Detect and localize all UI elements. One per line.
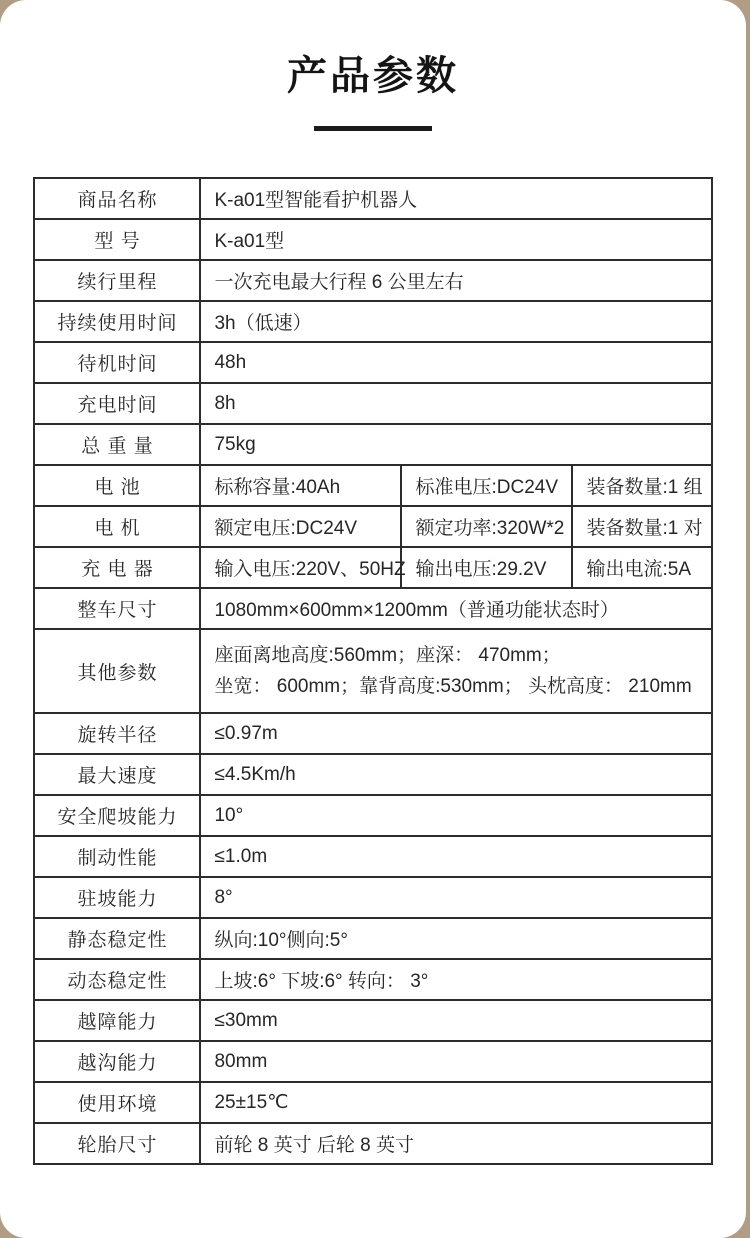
spec-row: 持续使用时间 3h（低速） xyxy=(34,301,711,342)
spec-value: K-a01型智能看护机器人 xyxy=(200,178,711,219)
spec-label: 轮胎尺寸 xyxy=(34,1123,200,1164)
spec-subvalue: 输出电压:29.2V xyxy=(401,547,572,588)
spec-value: 上坡:6° 下坡:6° 转向： 3° xyxy=(200,959,711,1000)
spec-subvalue: 标称容量:40Ah xyxy=(200,465,401,506)
spec-value: 一次充电最大行程 6 公里左右 xyxy=(200,260,711,301)
spec-value: ≤1.0m xyxy=(200,836,711,877)
spec-value: 前轮 8 英寸 后轮 8 英寸 xyxy=(200,1123,711,1164)
spec-value: ≤4.5Km/h xyxy=(200,754,711,795)
spec-row: 其他参数 座面离地高度:560mm；座深： 470mm； 坐宽： 600mm；靠… xyxy=(34,629,711,713)
spec-row: 充 电 器 输入电压:220V、50HZ 输出电压:29.2V 输出电流:5A xyxy=(34,547,711,588)
spec-row: 制动性能 ≤1.0m xyxy=(34,836,711,877)
spec-label: 动态稳定性 xyxy=(34,959,200,1000)
spec-row: 最大速度 ≤4.5Km/h xyxy=(34,754,711,795)
spec-row: 整车尺寸 1080mm×600mm×1200mm（普通功能状态时） xyxy=(34,588,711,629)
spec-label: 越障能力 xyxy=(34,1000,200,1041)
spec-row: 电 池 标称容量:40Ah 标准电压:DC24V 装备数量:1 组 xyxy=(34,465,711,506)
spec-label: 整车尺寸 xyxy=(34,588,200,629)
spec-row: 驻坡能力 8° xyxy=(34,877,711,918)
spec-label: 越沟能力 xyxy=(34,1041,200,1082)
page-title: 产品参数 xyxy=(0,44,746,101)
spec-label: 电 机 xyxy=(34,506,200,547)
spec-label: 总 重 量 xyxy=(34,424,200,465)
spec-label: 静态稳定性 xyxy=(34,918,200,959)
spec-value: 10° xyxy=(200,795,711,836)
spec-label: 电 池 xyxy=(34,465,200,506)
spec-label: 安全爬坡能力 xyxy=(34,795,200,836)
spec-value: 1080mm×600mm×1200mm（普通功能状态时） xyxy=(200,588,711,629)
spec-label: 续行里程 xyxy=(34,260,200,301)
spec-row: 越沟能力 80mm xyxy=(34,1041,711,1082)
spec-subvalue: 额定电压:DC24V xyxy=(200,506,401,547)
spec-label: 待机时间 xyxy=(34,342,200,383)
spec-value: 8h xyxy=(200,383,711,424)
spec-row: 充电时间 8h xyxy=(34,383,711,424)
spec-label: 最大速度 xyxy=(34,754,200,795)
spec-row: 型 号 K-a01型 xyxy=(34,219,711,260)
spec-label: 充电时间 xyxy=(34,383,200,424)
spec-row: 续行里程 一次充电最大行程 6 公里左右 xyxy=(34,260,711,301)
spec-label: 旋转半径 xyxy=(34,713,200,754)
spec-value: 8° xyxy=(200,877,711,918)
spec-subvalue: 装备数量:1 对 xyxy=(572,506,711,547)
spec-row: 旋转半径 ≤0.97m xyxy=(34,713,711,754)
spec-label: 制动性能 xyxy=(34,836,200,877)
spec-value: ≤30mm xyxy=(200,1000,711,1041)
spec-row: 动态稳定性 上坡:6° 下坡:6° 转向： 3° xyxy=(34,959,711,1000)
spec-subvalue: 装备数量:1 组 xyxy=(572,465,711,506)
spec-row: 使用环境 25±15℃ xyxy=(34,1082,711,1123)
spec-label: 充 电 器 xyxy=(34,547,200,588)
spec-row: 安全爬坡能力 10° xyxy=(34,795,711,836)
spec-row: 商品名称 K-a01型智能看护机器人 xyxy=(34,178,711,219)
spec-value: ≤0.97m xyxy=(200,713,711,754)
spec-row: 总 重 量 75kg xyxy=(34,424,711,465)
spec-value: K-a01型 xyxy=(200,219,711,260)
spec-subvalue: 额定功率:320W*2 xyxy=(401,506,572,547)
spec-row: 越障能力 ≤30mm xyxy=(34,1000,711,1041)
spec-label: 型 号 xyxy=(34,219,200,260)
spec-subvalue: 输出电流:5A xyxy=(572,547,711,588)
spec-row: 待机时间 48h xyxy=(34,342,711,383)
product-params-card: 产品参数 商品名称 K-a01型智能看护机器人 型 号 K-a01型 续行里程 … xyxy=(0,0,746,1238)
spec-table: 商品名称 K-a01型智能看护机器人 型 号 K-a01型 续行里程 一次充电最… xyxy=(33,177,712,1165)
spec-row: 静态稳定性 纵向:10°侧向:5° xyxy=(34,918,711,959)
spec-value: 48h xyxy=(200,342,711,383)
spec-label: 商品名称 xyxy=(34,178,200,219)
spec-value: 纵向:10°侧向:5° xyxy=(200,918,711,959)
spec-label: 使用环境 xyxy=(34,1082,200,1123)
spec-subvalue: 输入电压:220V、50HZ xyxy=(200,547,401,588)
spec-value-line: 坐宽： 600mm；靠背高度:530mm； 头枕高度： 210mm xyxy=(214,671,709,702)
spec-row: 电 机 额定电压:DC24V 额定功率:320W*2 装备数量:1 对 xyxy=(34,506,711,547)
spec-label: 驻坡能力 xyxy=(34,877,200,918)
spec-label: 持续使用时间 xyxy=(34,301,200,342)
spec-value: 75kg xyxy=(200,424,711,465)
spec-row: 轮胎尺寸 前轮 8 英寸 后轮 8 英寸 xyxy=(34,1123,711,1164)
spec-value: 80mm xyxy=(200,1041,711,1082)
title-underline xyxy=(314,126,432,131)
spec-value: 25±15℃ xyxy=(200,1082,711,1123)
spec-value: 3h（低速） xyxy=(200,301,711,342)
spec-value-line: 座面离地高度:560mm；座深： 470mm； xyxy=(214,640,709,671)
spec-subvalue: 标准电压:DC24V xyxy=(401,465,572,506)
spec-value: 座面离地高度:560mm；座深： 470mm； 坐宽： 600mm；靠背高度:5… xyxy=(200,629,711,713)
spec-label: 其他参数 xyxy=(34,629,200,713)
